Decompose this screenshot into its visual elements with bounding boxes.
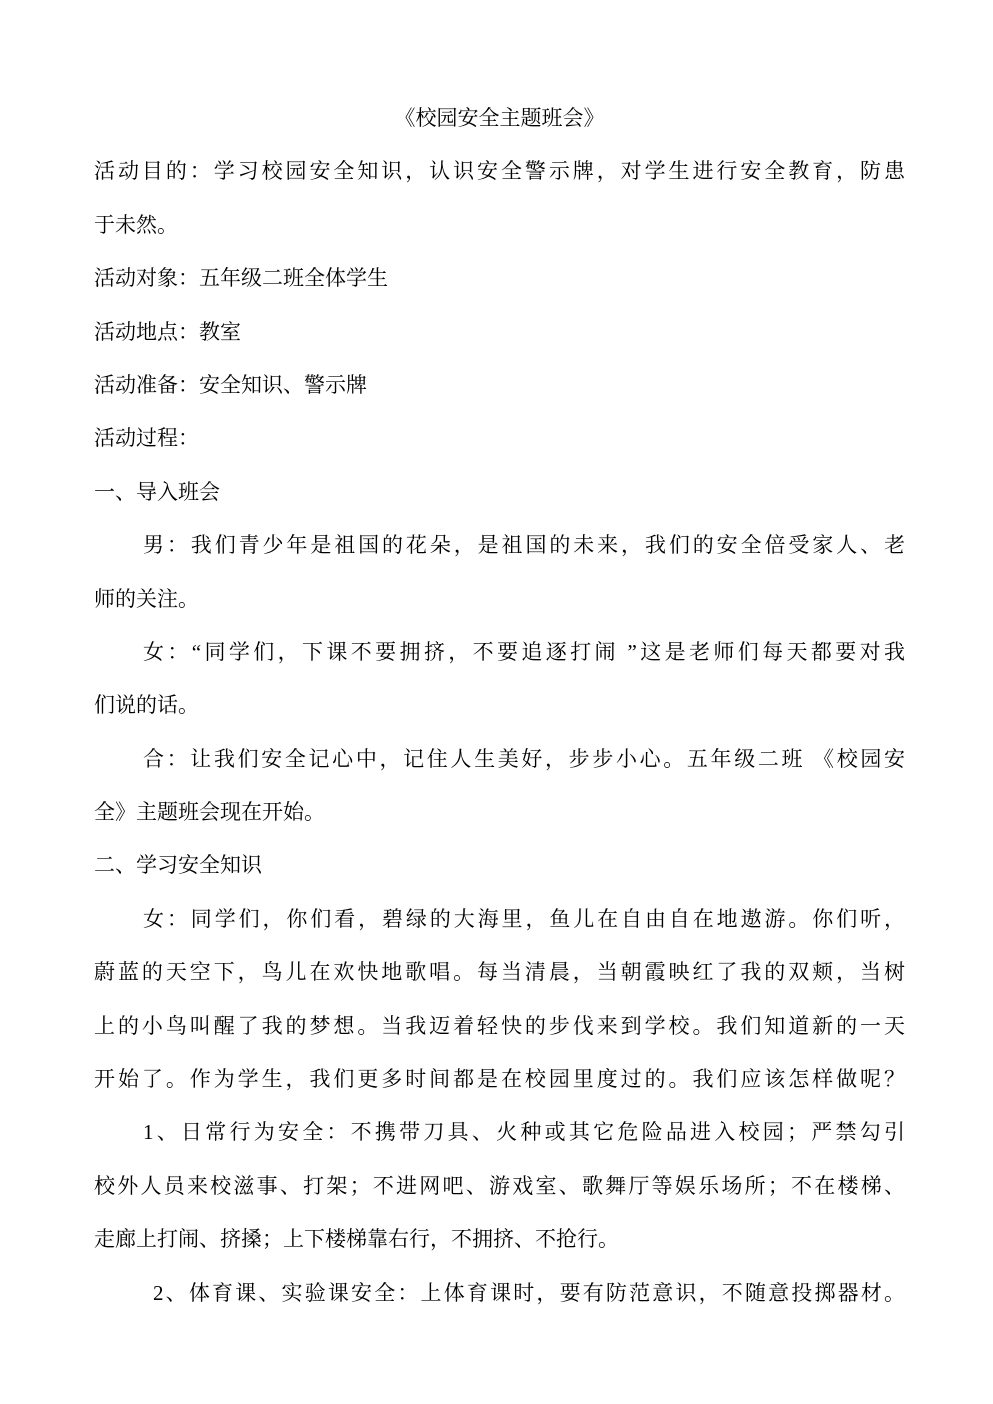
text-line: 蔚蓝的天空下，鸟儿在欢快地歌唱。每当清晨，当朝霞映红了我的双颊，当树 xyxy=(94,946,905,999)
text-line: 们说的话。 xyxy=(94,679,905,732)
document-page: 《校园安全主题班会》 活动目的：学习校园安全知识，认识安全警示牌，对学生进行安全… xyxy=(0,0,993,1404)
text-line: 1、日常行为安全：不携带刀具、火种或其它危险品进入校园；严禁勾引 xyxy=(94,1106,905,1159)
text-line: 一、导入班会 xyxy=(94,466,905,519)
text-line: 合：让我们安全记心中，记住人生美好，步步小心。五年级二班 《校园安 xyxy=(94,733,905,786)
document-body: 《校园安全主题班会》 活动目的：学习校园安全知识，认识安全警示牌，对学生进行安全… xyxy=(94,92,905,1320)
text-line: 2、体育课、实验课安全：上体育课时，要有防范意识，不随意投掷器材。 xyxy=(94,1267,905,1320)
text-line: 男：我们青少年是祖国的花朵，是祖国的未来，我们的安全倍受家人、老 xyxy=(94,519,905,572)
text-line: 活动地点：教室 xyxy=(94,306,905,359)
text-line: 开始了。作为学生，我们更多时间都是在校园里度过的。我们应该怎样做呢？ xyxy=(94,1053,905,1106)
text-line: 女：“同学们，下课不要拥挤，不要追逐打闹 ”这是老师们每天都要对我 xyxy=(94,626,905,679)
text-line: 上的小鸟叫醒了我的梦想。当我迈着轻快的步伐来到学校。我们知道新的一天 xyxy=(94,1000,905,1053)
text-line: 校外人员来校滋事、打架；不进网吧、游戏室、歌舞厅等娱乐场所；不在楼梯、 xyxy=(94,1160,905,1213)
text-line: 活动准备：安全知识、警示牌 xyxy=(94,359,905,412)
text-line: 于未然。 xyxy=(94,199,905,252)
text-line: 二、学习安全知识 xyxy=(94,839,905,892)
text-line: 活动对象：五年级二班全体学生 xyxy=(94,252,905,305)
document-title: 《校园安全主题班会》 xyxy=(94,92,905,145)
text-line: 活动目的：学习校园安全知识，认识安全警示牌，对学生进行安全教育，防患 xyxy=(94,145,905,198)
text-line: 师的关注。 xyxy=(94,573,905,626)
text-line: 活动过程： xyxy=(94,412,905,465)
text-line: 走廊上打闹、挤搡；上下楼梯靠右行，不拥挤、不抢行。 xyxy=(94,1213,905,1266)
text-line: 全》主题班会现在开始。 xyxy=(94,786,905,839)
text-line: 女：同学们，你们看，碧绿的大海里，鱼儿在自由自在地遨游。你们听， xyxy=(94,893,905,946)
